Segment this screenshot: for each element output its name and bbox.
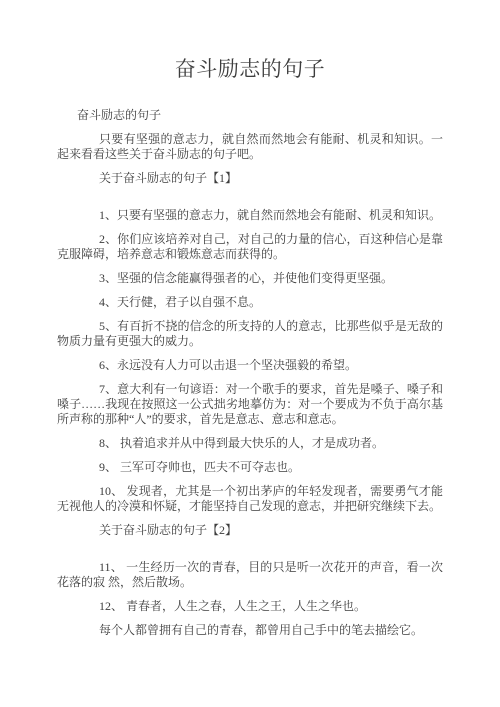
quote-item-2: 2、你们应该培养对自己，对自己的力量的信心，百这种信心是靠克服障碍，培养意志和锻… [57,232,443,262]
closing-note: 每个人都曾拥有自己的青春，都曾用自己手中的笔去描绘它。 [57,623,443,638]
intro-heading: 奋斗励志的句子 [57,108,443,123]
quote-item-1: 1、只要有坚强的意志力，就自然而然地会有能耐、机灵和知识。 [57,208,443,223]
quote-item-12: 12、 青春者，人生之春，人生之王，人生之华也。 [57,599,443,614]
intro-paragraph: 只要有坚强的意志力，就自然而然地会有能耐、机灵和知识。一起来看看这些关于奋斗励志… [57,132,443,162]
quote-item-6: 6、永远没有人力可以击退一个坚决强毅的希望。 [57,358,443,373]
quote-item-4: 4、天行健，君子以自强不息。 [57,295,443,310]
quote-item-8: 8、 执着追求并从中得到最大快乐的人，才是成功者。 [57,436,443,451]
quote-item-5: 5、有百折不挠的信念的所支持的人的意志，比那些似乎是无敌的物质力量有更强大的威力… [57,319,443,349]
quote-item-7: 7、意大利有一句谚语：对一个歌手的要求，首先是嗓子、嗓子和嗓子……我现在按照这一… [57,382,443,427]
section-2-heading: 关于奋斗励志的句子【2】 [57,523,443,538]
section-1-heading: 关于奋斗励志的句子【1】 [57,171,443,186]
document-page: 奋斗励志的句子 奋斗励志的句子 只要有坚强的意志力，就自然而然地会有能耐、机灵和… [0,0,500,707]
quote-item-11: 11、 一生经历一次的青春，目的只是听一次花开的声音，看一次花落的寂 然，然后散… [57,560,443,590]
quote-item-9: 9、 三军可夺帅也，匹夫不可夺志也。 [57,460,443,475]
quote-item-3: 3、坚强的信念能赢得强者的心，并使他们变得更坚强。 [57,271,443,286]
document-title: 奋斗励志的句子 [57,56,443,82]
quote-item-10: 10、 发现者，尤其是一个初出茅庐的年轻发现者，需要勇气才能无视他人的冷漠和怀疑… [57,484,443,514]
